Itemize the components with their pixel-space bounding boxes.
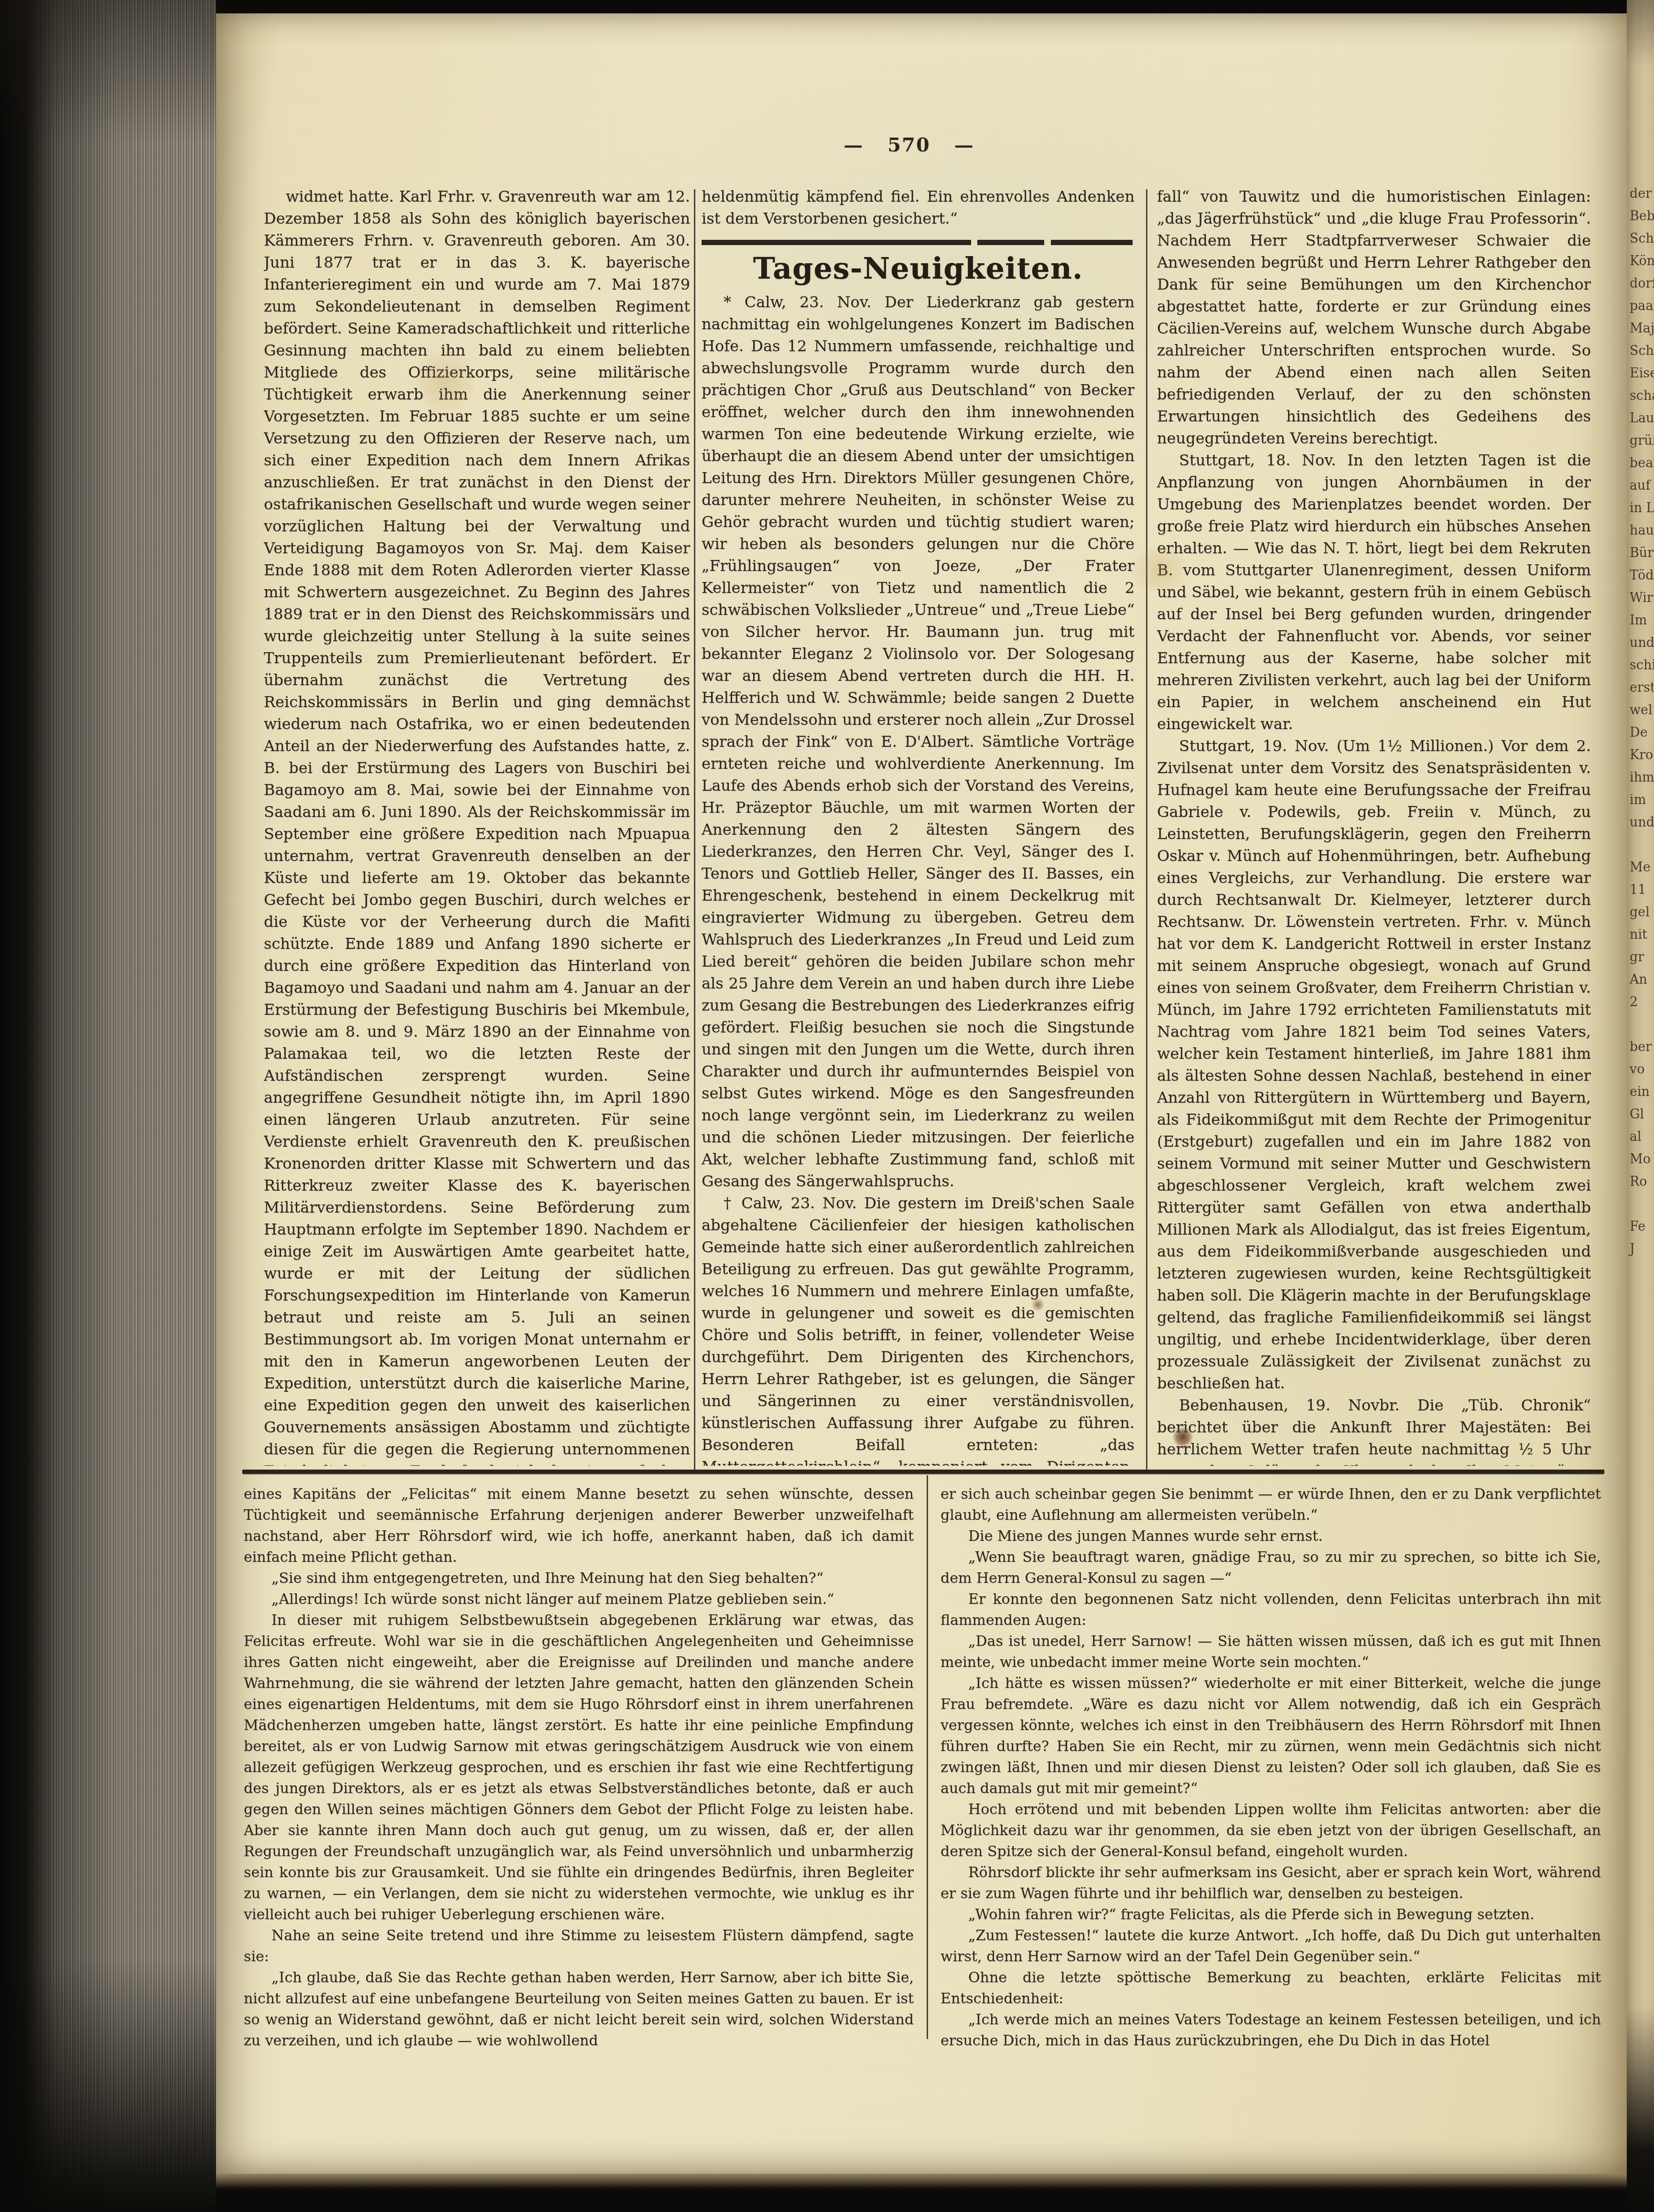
news-column-2: heldenmütig kämpfend fiel. Ein ehrenvoll… (702, 185, 1135, 1466)
text-fragment: Me (1630, 856, 1654, 879)
text-fragment: erst (1630, 676, 1654, 699)
scanned-newspaper-page: — 570 — widmet hatte. Karl Frhr. v. Grav… (0, 0, 1654, 2212)
text-fragment: nit (1630, 923, 1654, 946)
news-articles: fall“ von Tauwitz und die humoristischen… (1157, 185, 1591, 1466)
paragraph: Stuttgart, 18. Nov. In den letzten Tagen… (1157, 449, 1591, 735)
text-fragment (1630, 834, 1654, 856)
paragraph: „Sie sind ihm entgegengetreten, und Ihre… (244, 1568, 914, 1589)
paragraph: „Ich werde mich an meines Vaters Todesta… (941, 2009, 1601, 2051)
text-fragment: bear (1630, 452, 1654, 474)
feuilleton-divider-rule (242, 1470, 1604, 1474)
text-fragment: Schm (1630, 227, 1654, 250)
text-fragment: Kön (1630, 250, 1654, 272)
paragraph: „Ich hätte es wissen müssen?“ wiederholt… (941, 1673, 1601, 1799)
paragraph: Ohne die letzte spöttische Bemerkung zu … (941, 1967, 1601, 2009)
adjacent-page-edge: derBebeSchmKöndorfpaarMajSchiEiseschafLa… (1627, 0, 1654, 2212)
paragraph: Nahe an seine Seite tretend und ihre Sti… (244, 1925, 914, 1967)
adjacent-page-text-fragments: derBebeSchmKöndorfpaarMajSchiEiseschafLa… (1627, 0, 1654, 1395)
text-fragment: im (1630, 789, 1654, 811)
text-fragment: gr (1630, 946, 1654, 968)
text-fragment: 2 (1630, 991, 1654, 1013)
obituary-continuation-text: widmet hatte. Karl Frhr. v. Gravenreuth … (264, 185, 690, 1466)
paragraph: „Wenn Sie beauftragt waren, gnädige Frau… (941, 1547, 1601, 1589)
section-divider-rule (702, 240, 1133, 245)
text-fragment: Bür (1630, 542, 1654, 564)
news-column-1: widmet hatte. Karl Frhr. v. Gravenreuth … (264, 185, 690, 1466)
text-fragment: ber (1630, 1036, 1654, 1058)
paragraph: * Calw, 23. Nov. Der Liederkranz gab ges… (702, 291, 1135, 1192)
paragraph: „Ich glaube, daß Sie das Rechte gethan h… (244, 1967, 914, 2051)
text-fragment: dorf (1630, 272, 1654, 295)
newspaper-page: — 570 — widmet hatte. Karl Frhr. v. Grav… (216, 13, 1627, 2174)
text-fragment: und (1630, 811, 1654, 834)
paragraph: „Das ist unedel, Herr Sarnow! — Sie hätt… (941, 1631, 1601, 1673)
text-fragment: De (1630, 721, 1654, 744)
paragraph: Er konnte den begonnenen Satz nicht voll… (941, 1589, 1601, 1631)
text-fragment (1630, 1305, 1654, 1328)
text-fragment: Lau (1630, 407, 1654, 430)
text-fragment: Töd (1630, 564, 1654, 587)
paragraph: „Zum Festessen!“ lautete die kurze Antwo… (941, 1925, 1601, 1967)
paragraph: widmet hatte. Karl Frhr. v. Gravenreuth … (264, 185, 690, 1466)
paragraph: † Calw, 23. Nov. Die gestern im Dreiß'sc… (702, 1192, 1135, 1466)
text-fragment: der (1630, 183, 1654, 205)
book-page-stack-edge (0, 0, 216, 2212)
paragraph: Stuttgart, 19. Nov. (Um 1½ Millionen.) V… (1157, 735, 1591, 1394)
text-fragment: ihm (1630, 766, 1654, 789)
news-column-3: fall“ von Tauwitz und die humoristischen… (1157, 185, 1591, 1466)
text-fragment: Fe (1630, 1215, 1654, 1238)
feuilleton-column-left: eines Kapitäns der „Felicitas“ mit einem… (244, 1484, 914, 2052)
text-fragment: vo (1630, 1058, 1654, 1081)
paragraph: „Wohin fahren wir?“ fragte Felicitas, al… (941, 1904, 1601, 1925)
news-articles: * Calw, 23. Nov. Der Liederkranz gab ges… (702, 291, 1135, 1466)
text-fragment: hau (1630, 519, 1654, 542)
text-fragment (1630, 1013, 1654, 1036)
text-fragment (1630, 1350, 1654, 1373)
text-fragment: schaf (1630, 385, 1654, 407)
page-number: — 570 — (718, 134, 1100, 156)
feuilleton-column-right: er sich auch scheinbar gegen Sie benimmt… (941, 1484, 1601, 2153)
column-divider-rule (1146, 189, 1147, 1473)
text-fragment: ein (1630, 1081, 1654, 1103)
text-fragment: Bebe (1630, 205, 1654, 227)
text-fragment: paar (1630, 295, 1654, 317)
paragraph: eines Kapitäns der „Felicitas“ mit einem… (244, 1484, 914, 1568)
paragraph: In dieser mit ruhigem Selbstbewußtsein a… (244, 1610, 914, 1925)
text-fragment: wel (1630, 699, 1654, 721)
column-divider-rule (694, 189, 695, 1473)
text-fragment (1630, 1328, 1654, 1350)
text-fragment: 11 (1630, 879, 1654, 901)
text-fragment: J (1630, 1238, 1654, 1260)
paragraph: er sich auch scheinbar gegen Sie benimmt… (941, 1484, 1601, 1526)
section-title: Tages-Neuigkeiten. (702, 258, 1135, 279)
text-fragment (1630, 1373, 1654, 1395)
text-fragment: und (1630, 632, 1654, 654)
text-fragment: gel (1630, 901, 1654, 923)
text-fragment: Wir (1630, 587, 1654, 609)
paragraph: Die Miene des jungen Mannes wurde sehr e… (941, 1526, 1601, 1547)
paragraph: „Allerdings! Ich würde sonst nicht länge… (244, 1589, 914, 1610)
text-fragment: Gl (1630, 1103, 1654, 1126)
text-fragment (1630, 1260, 1654, 1283)
text-fragment: schi (1630, 654, 1654, 676)
text-fragment (1630, 1283, 1654, 1305)
text-fragment: Kro (1630, 744, 1654, 766)
article-continuation: heldenmütig kämpfend fiel. Ein ehrenvoll… (702, 185, 1135, 229)
serial-novel-text: eines Kapitäns der „Felicitas“ mit einem… (244, 1484, 914, 2051)
text-fragment: Im (1630, 609, 1654, 632)
text-fragment: Ro (1630, 1170, 1654, 1193)
text-fragment (1630, 1193, 1654, 1215)
paragraph: Bebenhausen, 19. Novbr. Die „Tüb. Chroni… (1157, 1394, 1591, 1466)
serial-novel-text: er sich auch scheinbar gegen Sie benimmt… (941, 1484, 1601, 2051)
paragraph: Hoch errötend und mit bebenden Lippen wo… (941, 1799, 1601, 1862)
feuilleton-column-divider-rule (927, 1475, 928, 2039)
paragraph: fall“ von Tauwitz und die humoristischen… (1157, 185, 1591, 449)
bottom-page-edge (216, 2174, 1627, 2190)
text-fragment: auf (1630, 474, 1654, 497)
text-fragment: grüß (1630, 430, 1654, 452)
text-fragment: Maj (1630, 317, 1654, 340)
paragraph: Röhrsdorf blickte ihr sehr aufmerksam in… (941, 1862, 1601, 1904)
text-fragment: Mo (1630, 1148, 1654, 1170)
text-fragment: An (1630, 968, 1654, 991)
text-fragment: al (1630, 1126, 1654, 1148)
text-fragment: Schi (1630, 340, 1654, 362)
text-fragment: Eise (1630, 362, 1654, 385)
text-fragment: in L (1630, 497, 1654, 519)
